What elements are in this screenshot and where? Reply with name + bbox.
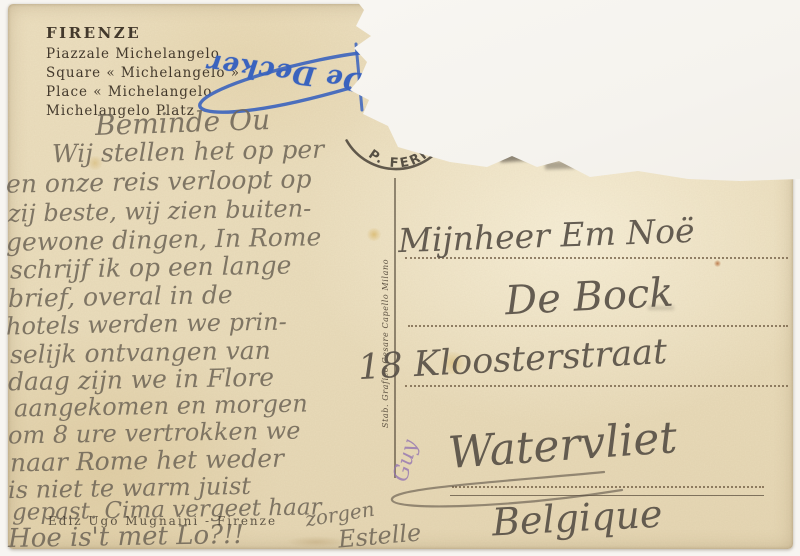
caption-line: Square « Michelangelo »	[46, 64, 240, 83]
postcard-scan: FIRENZE Piazzale Michelangelo Square « M…	[0, 0, 800, 556]
caption-line: Piazzale Michelangelo	[46, 45, 240, 64]
caption-title: FIRENZE	[46, 24, 240, 42]
address-divider-line	[394, 178, 396, 478]
caption-line: Michelangelo Platz	[46, 102, 240, 121]
address-rule	[408, 325, 788, 327]
publisher-imprint: Ediz Ugo Mugnaini - Firenze	[48, 514, 277, 528]
printed-caption: FIRENZE Piazzale Michelangelo Square « M…	[46, 24, 240, 121]
address-rule	[405, 257, 788, 259]
address-rule	[405, 385, 788, 387]
printer-imprint: Stab. Grafico Cesare Capello Milano	[381, 228, 390, 428]
address-rule	[452, 486, 764, 488]
address-underline	[450, 495, 764, 496]
caption-line: Place « Michelangelo	[46, 83, 240, 102]
